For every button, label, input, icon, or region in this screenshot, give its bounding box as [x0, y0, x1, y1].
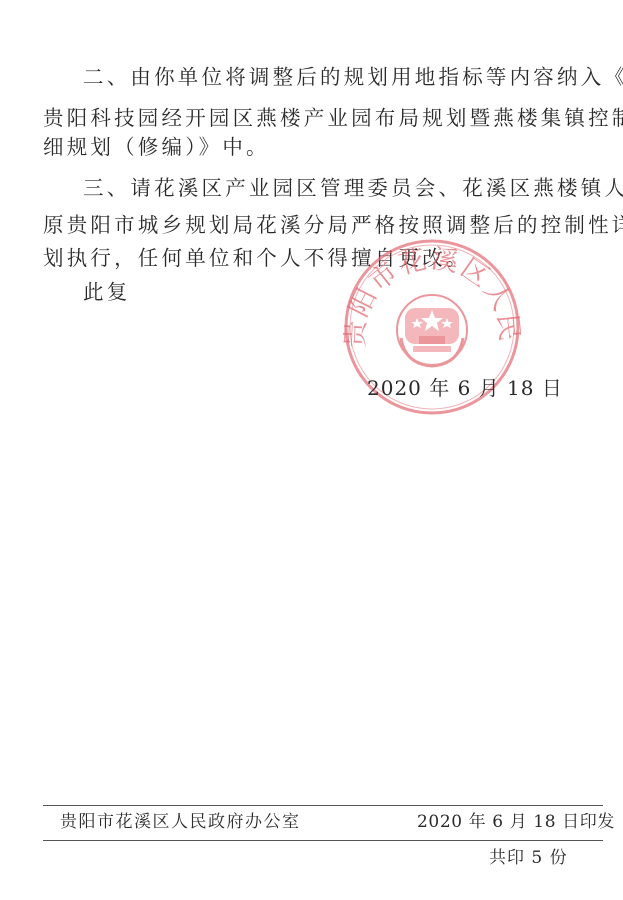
national-emblem-icon [397, 295, 467, 366]
paragraph-2-line-2: 贵阳科技园经开园区燕楼产业园布局规划暨燕楼集镇控制性详 [43, 104, 603, 132]
copies-count: 共印 5 份 [489, 847, 568, 869]
issuer-office: 贵阳市花溪区人民政府办公室 [60, 811, 301, 833]
paragraph-3-line-1: 三、请花溪区产业园区管理委员会、花溪区燕楼镇人民政府、 [83, 174, 623, 202]
paragraph-2-line-3: 细规划（修编）》中。 [43, 133, 603, 161]
issue-date: 2020 年 6 月 18 日印发 [417, 811, 615, 833]
footer-top-rule [43, 805, 603, 806]
paragraph-2-line-1: 二、由你单位将调整后的规划用地指标等内容纳入《中关村 [83, 63, 623, 91]
signature-date: 2020 年 6 月 18 日 [367, 372, 563, 401]
footer-bottom-rule [43, 840, 603, 841]
paragraph-3-line-2: 原贵阳市城乡规划局花溪分局严格按照调整后的控制性详细规 [43, 211, 603, 239]
